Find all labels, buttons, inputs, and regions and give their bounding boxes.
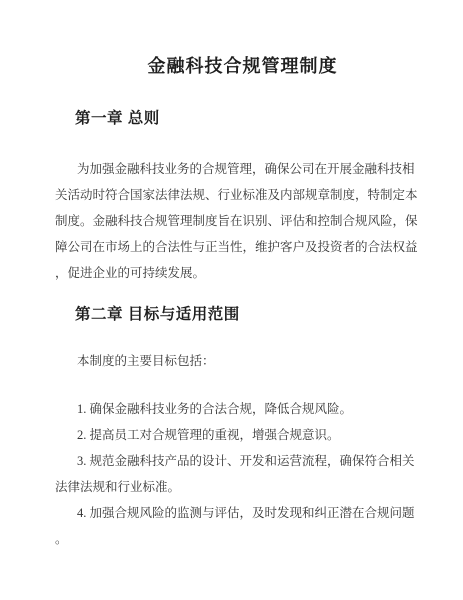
chapter-1-heading: 第一章 总则 xyxy=(75,106,412,132)
chapter-1-paragraph: 为加强金融科技业务的合规管理，确保公司在开展金融科技相 关活动时符合国家法律法规… xyxy=(55,156,412,286)
paragraph-line: 本制度的主要目标包括： xyxy=(55,348,412,374)
list-item-line: 1. 确保金融科技业务的合法合规，降低合规风险。 xyxy=(55,396,412,422)
objectives-list: 1. 确保金融科技业务的合法合规，降低合规风险。 2. 提高员工对合规管理的重视… xyxy=(55,396,412,552)
list-item-line: 4. 加强合规风险的监测与评估，及时发现和纠正潜在合规问题 xyxy=(55,500,412,526)
document-title: 金融科技合规管理制度 xyxy=(64,52,421,80)
chapter-2-heading: 第二章 目标与适用范围 xyxy=(75,302,412,328)
paragraph-line: ，促进企业的可持续发展。 xyxy=(55,260,412,286)
paragraph-line: 制度。金融科技合规管理制度旨在识别、评估和控制合规风险，保 xyxy=(55,208,412,234)
paragraph-line: 障公司在市场上的合法性与正当性，维护客户及投资者的合法权益 xyxy=(55,234,412,260)
list-item-line: 3. 规范金融科技产品的设计、开发和运营流程，确保符合相关 xyxy=(55,448,412,474)
paragraph-line: 关活动时符合国家法律法规、行业标准及内部规章制度，特制定本 xyxy=(55,182,412,208)
objectives-intro: 本制度的主要目标包括： xyxy=(55,348,412,374)
list-item-line: 2. 提高员工对合规管理的重视，增强合规意识。 xyxy=(55,422,412,448)
document-page: 金融科技合规管理制度 第一章 总则 为加强金融科技业务的合规管理，确保公司在开展… xyxy=(0,0,463,600)
paragraph-line: 为加强金融科技业务的合规管理，确保公司在开展金融科技相 xyxy=(55,156,412,182)
list-item-line: 。 xyxy=(55,526,412,552)
list-item-line: 法律法规和行业标准。 xyxy=(55,474,412,500)
